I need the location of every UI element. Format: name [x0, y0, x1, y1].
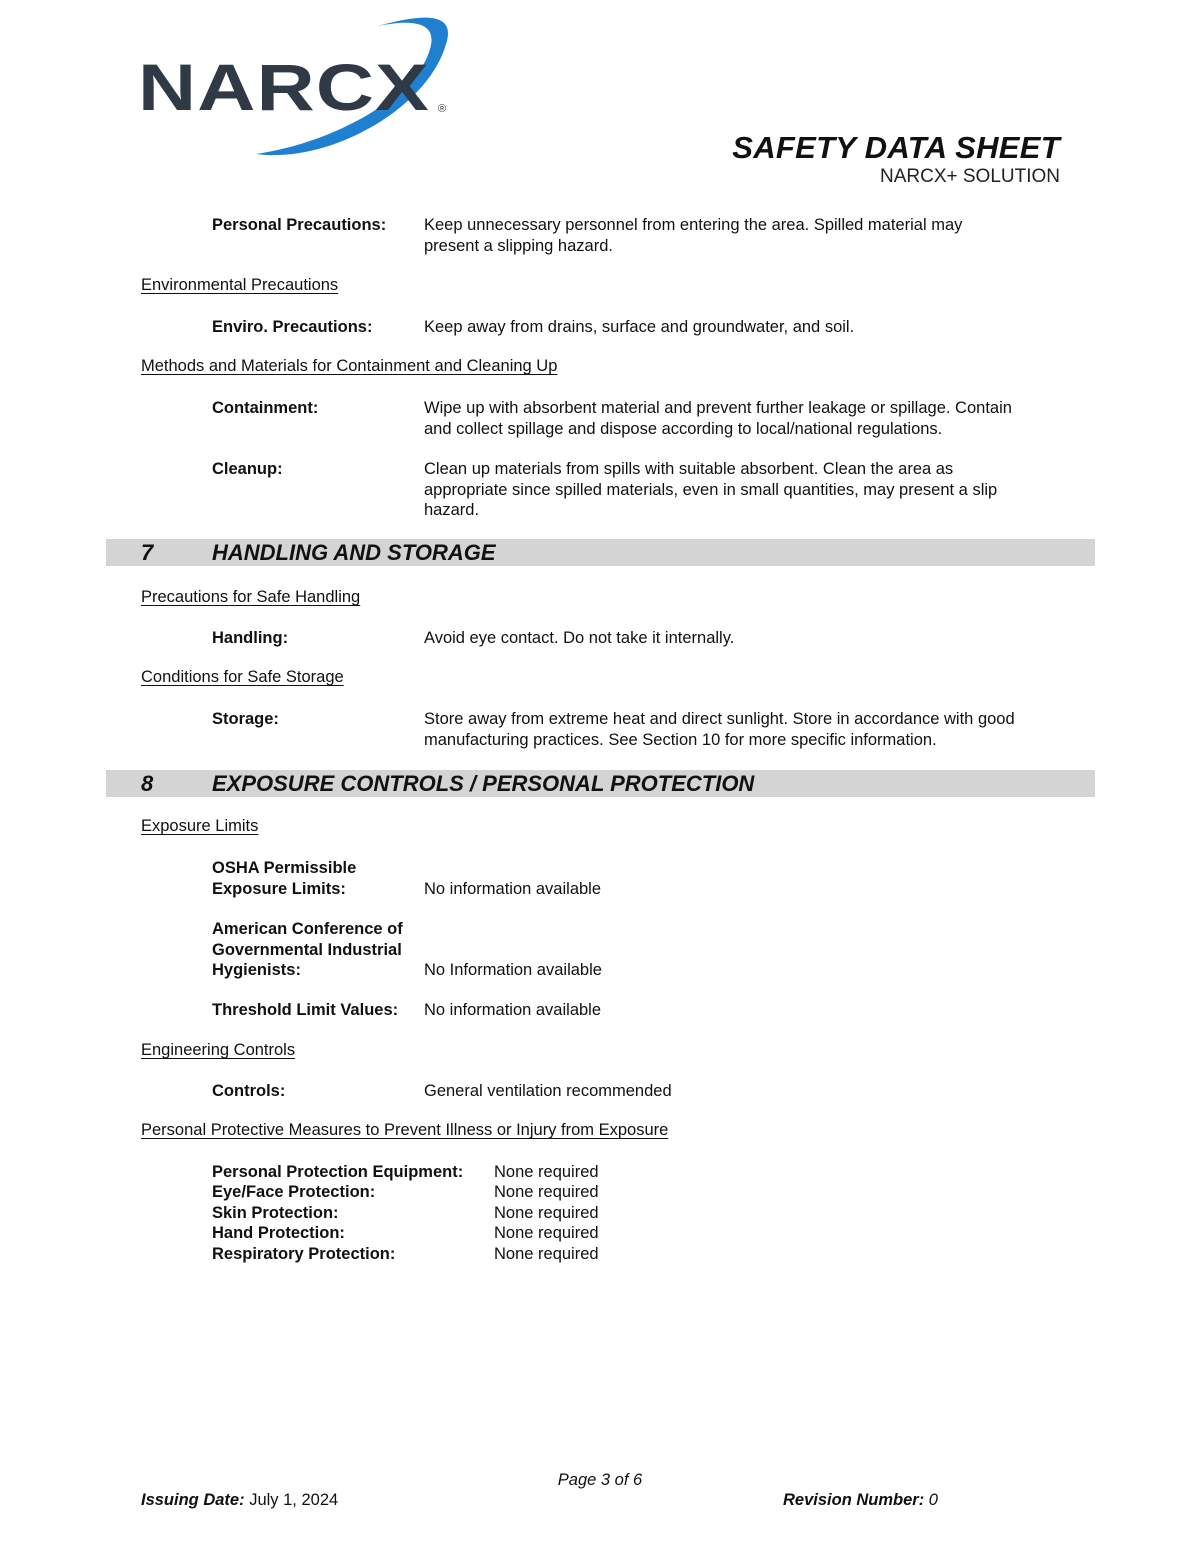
product-name: NARCX+ SOLUTION	[880, 166, 1060, 188]
issuing-date: Issuing Date: July 1, 2024	[141, 1491, 338, 1510]
revision-number-value: 0	[929, 1491, 938, 1509]
document-title: SAFETY DATA SHEET	[732, 130, 1060, 166]
acgih-value: No Information available	[424, 960, 1074, 981]
cleanup-label: Cleanup:	[212, 459, 283, 480]
ppe-label: Respiratory Protection:	[212, 1244, 463, 1264]
personal-precautions-value: Keep unnecessary personnel from entering…	[424, 215, 1074, 256]
revision-number: Revision Number: 0	[783, 1491, 938, 1510]
logo-swoosh-icon: NARCX ®	[138, 14, 458, 164]
ppe-label: Skin Protection:	[212, 1203, 463, 1223]
section-8-title: EXPOSURE CONTROLS / PERSONAL PROTECTION	[212, 770, 754, 797]
revision-number-label: Revision Number:	[783, 1491, 924, 1509]
controls-value: General ventilation recommended	[424, 1081, 1074, 1102]
section-7-number: 7	[141, 539, 153, 566]
ppe-value: None required	[494, 1162, 599, 1182]
ppe-label: Personal Protection Equipment:	[212, 1162, 463, 1182]
ppe-value: None required	[494, 1203, 599, 1223]
acgih-label: American Conference of Governmental Indu…	[212, 919, 403, 981]
ppe-label: Eye/Face Protection:	[212, 1182, 463, 1202]
narcx-logo: NARCX ®	[138, 14, 458, 164]
containment-value: Wipe up with absorbent material and prev…	[424, 398, 1074, 439]
ppe-list-values: None required None required None require…	[494, 1162, 599, 1264]
exposure-limits-heading: Exposure Limits	[141, 817, 258, 836]
methods-materials-heading: Methods and Materials for Containment an…	[141, 357, 557, 376]
issuing-date-label: Issuing Date:	[141, 1491, 245, 1509]
engineering-controls-heading: Engineering Controls	[141, 1041, 295, 1060]
svg-text:®: ®	[438, 103, 446, 115]
ppe-value: None required	[494, 1223, 599, 1243]
environmental-precautions-heading: Environmental Precautions	[141, 276, 338, 295]
tlv-label: Threshold Limit Values:	[212, 1000, 398, 1021]
safe-storage-heading: Conditions for Safe Storage	[141, 668, 344, 687]
ppe-value: None required	[494, 1182, 599, 1202]
containment-label: Containment:	[212, 398, 318, 419]
storage-label: Storage:	[212, 709, 279, 730]
controls-label: Controls:	[212, 1081, 285, 1102]
ppe-measures-heading: Personal Protective Measures to Prevent …	[141, 1121, 668, 1140]
osha-pel-value: No information available	[424, 879, 1074, 900]
issuing-date-value: July 1, 2024	[249, 1491, 338, 1509]
handling-value: Avoid eye contact. Do not take it intern…	[424, 628, 1074, 649]
tlv-value: No information available	[424, 1000, 1074, 1021]
storage-value: Store away from extreme heat and direct …	[424, 709, 1074, 750]
safe-handling-heading: Precautions for Safe Handling	[141, 588, 360, 607]
osha-pel-label: OSHA Permissible Exposure Limits:	[212, 858, 356, 899]
ppe-value: None required	[494, 1244, 599, 1264]
page-number: Page 3 of 6	[0, 1471, 1200, 1490]
cleanup-value: Clean up materials from spills with suit…	[424, 459, 1074, 521]
enviro-precautions-value: Keep away from drains, surface and groun…	[424, 317, 1074, 338]
enviro-precautions-label: Enviro. Precautions:	[212, 317, 372, 338]
ppe-label: Hand Protection:	[212, 1223, 463, 1243]
section-8-number: 8	[141, 770, 153, 797]
svg-text:NARCX: NARCX	[138, 50, 430, 124]
ppe-list-labels: Personal Protection Equipment: Eye/Face …	[212, 1162, 463, 1264]
personal-precautions-label: Personal Precautions:	[212, 215, 386, 236]
section-7-title: HANDLING AND STORAGE	[212, 539, 496, 566]
handling-label: Handling:	[212, 628, 288, 649]
